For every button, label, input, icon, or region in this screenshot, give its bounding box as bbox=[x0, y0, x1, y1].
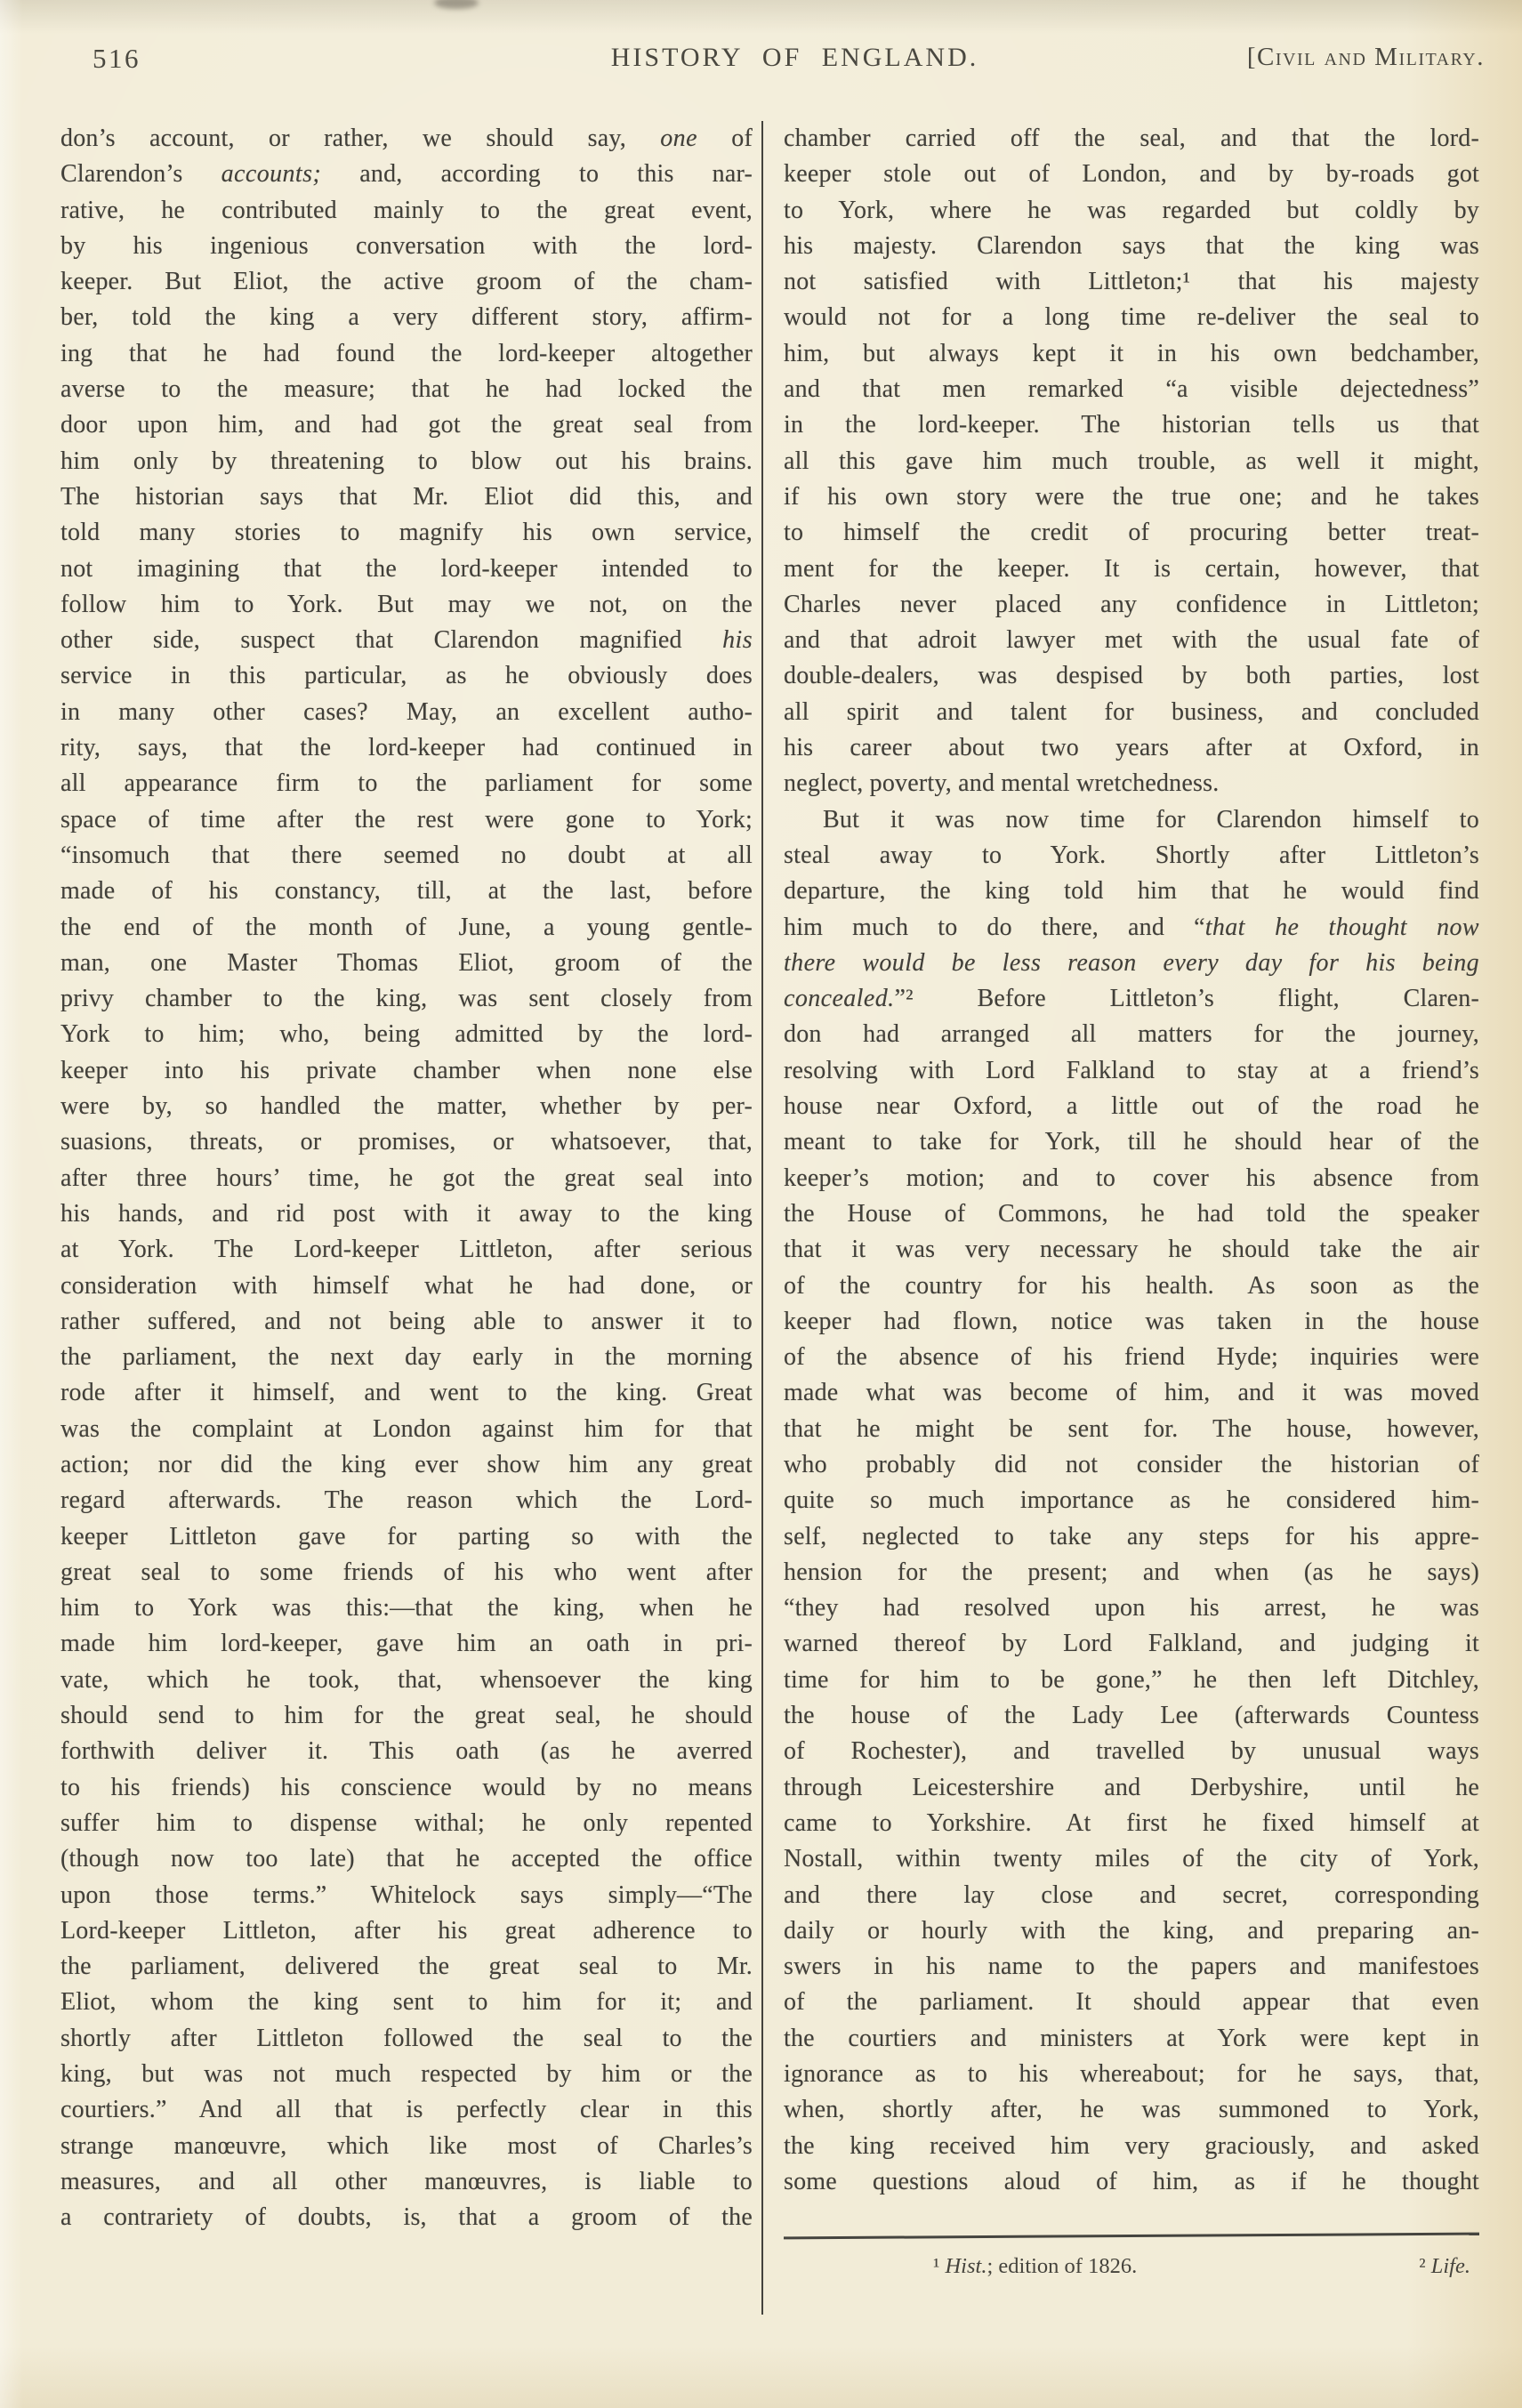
text-line: Clarendon’s accounts; and, according to … bbox=[60, 157, 753, 192]
text-line: the parliament, the next day early in th… bbox=[60, 1340, 753, 1375]
text-line: “insomuch that there seemed no doubt at … bbox=[60, 838, 753, 874]
text-line: some questions aloud of him, as if he th… bbox=[784, 2164, 1479, 2200]
text-line: regard afterwards. The reason which the … bbox=[60, 1483, 753, 1518]
text-line: other side, suspect that Clarendon magni… bbox=[60, 623, 753, 658]
text-line: him, but always kept it in his own bedch… bbox=[784, 336, 1479, 372]
text-line: departure, the king told him that he wou… bbox=[784, 874, 1479, 909]
text-line: that he might be sent for. The house, ho… bbox=[784, 1412, 1479, 1447]
text-line: “they had resolved upon his arrest, he w… bbox=[784, 1591, 1479, 1626]
text-line: the parliament, delivered the great seal… bbox=[60, 1949, 753, 1985]
text-line: to himself the credit of procuring bette… bbox=[784, 515, 1479, 551]
text-line: consideration with himself what he had d… bbox=[60, 1268, 753, 1304]
text-line: told many stories to magnify his own ser… bbox=[60, 515, 753, 551]
text-line: follow him to York. But may we not, on t… bbox=[60, 587, 753, 623]
text-line: concealed.”² Before Littleton’s flight, … bbox=[784, 981, 1479, 1017]
text-line: vate, which he took, that, whensoever th… bbox=[60, 1663, 753, 1698]
text-line: don had arranged all matters for the jou… bbox=[784, 1017, 1479, 1052]
text-line: the house of the Lady Lee (afterwards Co… bbox=[784, 1698, 1479, 1734]
text-line: Eliot, whom the king sent to him for it;… bbox=[60, 1985, 753, 2020]
text-line: measures, and all other manœuvres, is li… bbox=[60, 2164, 753, 2200]
text-line: meant to take for York, till he should h… bbox=[784, 1124, 1479, 1160]
footnote-separator-rule bbox=[784, 2233, 1479, 2239]
text-line: keeper. But Eliot, the active groom of t… bbox=[60, 264, 753, 300]
footnote-2: ² Life. bbox=[1419, 2254, 1470, 2279]
text-line: the end of the month of June, a young ge… bbox=[60, 910, 753, 946]
text-line: (though now too late) that he accepted t… bbox=[60, 1841, 753, 1877]
text-line: swers in his name to the papers and mani… bbox=[784, 1949, 1479, 1985]
text-line: not imagining that the lord-keeper inten… bbox=[60, 552, 753, 587]
text-line: don’s account, or rather, we should say,… bbox=[60, 121, 753, 157]
text-line: ment for the keeper. It is certain, howe… bbox=[784, 552, 1479, 587]
column-divider-rule bbox=[761, 121, 763, 2315]
text-line: keeper stole out of London, and by by-ro… bbox=[784, 157, 1479, 192]
text-line: if his own story were the true one; and … bbox=[784, 479, 1479, 515]
text-line: all this gave him much trouble, as well … bbox=[784, 444, 1479, 479]
text-line: shortly after Littleton followed the sea… bbox=[60, 2021, 753, 2057]
text-line: door upon him, and had got the great sea… bbox=[60, 407, 753, 443]
text-line: Nostall, within twenty miles of the city… bbox=[784, 1841, 1479, 1877]
left-text-column: don’s account, or rather, we should say,… bbox=[60, 121, 753, 2236]
text-line: would not for a long time re-deliver the… bbox=[784, 300, 1479, 335]
text-line: Lord-keeper Littleton, after his great a… bbox=[60, 1913, 753, 1949]
text-line: him much to do there, and “that he thoug… bbox=[784, 910, 1479, 946]
text-line: suasions, threats, or promises, or whats… bbox=[60, 1124, 753, 1160]
right-text-column: chamber carried off the seal, and that t… bbox=[784, 121, 1479, 2200]
text-line: king, but was not much respected by him … bbox=[60, 2057, 753, 2092]
text-line: who probably did not consider the histor… bbox=[784, 1447, 1479, 1483]
text-line: service in this particular, as he obviou… bbox=[60, 658, 753, 694]
text-line: daily or hourly with the king, and prepa… bbox=[784, 1913, 1479, 1949]
text-line: forthwith deliver it. This oath (as he a… bbox=[60, 1734, 753, 1769]
text-line: his majesty. Clarendon says that the kin… bbox=[784, 229, 1479, 264]
text-line: house near Oxford, a little out of the r… bbox=[784, 1089, 1479, 1124]
text-line: space of time after the rest were gone t… bbox=[60, 802, 753, 838]
text-line: not satisfied with Littleton;¹ that his … bbox=[784, 264, 1479, 300]
text-line: his hands, and rid post with it away to … bbox=[60, 1196, 753, 1232]
text-line: of the parliament. It should appear that… bbox=[784, 1985, 1479, 2020]
text-line: double-dealers, was despised by both par… bbox=[784, 658, 1479, 694]
text-line: to York, where he was regarded but coldl… bbox=[784, 193, 1479, 229]
text-line: a contrariety of doubts, is, that a groo… bbox=[60, 2200, 753, 2235]
section-label: [Civil and Military. bbox=[1247, 43, 1485, 72]
text-line: warned thereof by Lord Falkland, and jud… bbox=[784, 1626, 1479, 1662]
text-line: But it was now time for Clarendon himsel… bbox=[784, 802, 1479, 838]
text-line: him to York was this:—that the king, whe… bbox=[60, 1591, 753, 1626]
text-line: keeper into his private chamber when non… bbox=[60, 1053, 753, 1089]
text-line: in many other cases? May, an excellent a… bbox=[60, 695, 753, 730]
text-line: and that adroit lawyer met with the usua… bbox=[784, 623, 1479, 658]
text-line: were by, so handled the matter, whether … bbox=[60, 1089, 753, 1124]
text-line: all appearance firm to the parliament fo… bbox=[60, 766, 753, 801]
text-line: keeper had flown, notice was taken in th… bbox=[784, 1304, 1479, 1340]
text-line: upon those terms.” Whitelock says simply… bbox=[60, 1878, 753, 1913]
footnotes: ¹ Hist.; edition of 1826. ² Life. bbox=[784, 2254, 1479, 2279]
text-line: at York. The Lord-keeper Littleton, afte… bbox=[60, 1232, 753, 1268]
text-line: that it was very necessary he should tak… bbox=[784, 1232, 1479, 1268]
text-line: ing that he had found the lord-keeper al… bbox=[60, 336, 753, 372]
text-line: quite so much importance as he considere… bbox=[784, 1483, 1479, 1518]
text-line: made of his constancy, till, at the last… bbox=[60, 874, 753, 909]
text-line: ber, told the king a very different stor… bbox=[60, 300, 753, 335]
text-line: came to Yorkshire. At first he fixed him… bbox=[784, 1806, 1479, 1841]
text-line: chamber carried off the seal, and that t… bbox=[784, 121, 1479, 157]
text-line: hension for the present; and when (as he… bbox=[784, 1555, 1479, 1591]
text-line: him only by threatening to blow out his … bbox=[60, 444, 753, 479]
text-line: steal away to York. Shortly after Little… bbox=[784, 838, 1479, 874]
text-line: the courtiers and ministers at York were… bbox=[784, 2021, 1479, 2057]
text-line: rather suffered, and not being able to a… bbox=[60, 1304, 753, 1340]
footnote-1: ¹ Hist.; edition of 1826. bbox=[933, 2254, 1137, 2279]
text-line: through Leicestershire and Derbyshire, u… bbox=[784, 1770, 1479, 1806]
scan-smudge bbox=[434, 0, 479, 9]
text-line: averse to the measure; that he had locke… bbox=[60, 372, 753, 407]
text-line: after three hours’ time, he got the grea… bbox=[60, 1161, 753, 1196]
text-line: suffer him to dispense withal; he only r… bbox=[60, 1806, 753, 1841]
text-line: all spirit and talent for business, and … bbox=[784, 695, 1479, 730]
text-line: of Rochester), and travelled by unusual … bbox=[784, 1734, 1479, 1769]
book-page: 516 HISTORY OF ENGLAND. [Civil and Milit… bbox=[0, 0, 1522, 2408]
text-line: his career about two years after at Oxfo… bbox=[784, 730, 1479, 766]
text-line: strange manœuvre, which like most of Cha… bbox=[60, 2129, 753, 2164]
text-line: time for him to be gone,” he then left D… bbox=[784, 1663, 1479, 1698]
text-line: The historian says that Mr. Eliot did th… bbox=[60, 479, 753, 515]
text-line: was the complaint at London against him … bbox=[60, 1412, 753, 1447]
text-line: the king received him very graciously, a… bbox=[784, 2129, 1479, 2164]
text-line: York to him; who, being admitted by the … bbox=[60, 1017, 753, 1052]
text-line: to his friends) his conscience would by … bbox=[60, 1770, 753, 1806]
text-line: action; nor did the king ever show him a… bbox=[60, 1447, 753, 1483]
text-line: rative, he contributed mainly to the gre… bbox=[60, 193, 753, 229]
text-line: great seal to some friends of his who we… bbox=[60, 1555, 753, 1591]
text-line: the House of Commons, he had told the sp… bbox=[784, 1196, 1479, 1232]
text-line: man, one Master Thomas Eliot, groom of t… bbox=[60, 946, 753, 981]
text-line: and there lay close and secret, correspo… bbox=[784, 1878, 1479, 1913]
text-line: Charles never placed any confidence in L… bbox=[784, 587, 1479, 623]
text-line: and that men remarked “a visible dejecte… bbox=[784, 372, 1479, 407]
text-line: neglect, poverty, and mental wretchednes… bbox=[784, 766, 1479, 801]
text-line: keeper Littleton gave for parting so wit… bbox=[60, 1519, 753, 1555]
text-line: keeper’s motion; and to cover his absenc… bbox=[784, 1161, 1479, 1196]
text-line: rity, says, that the lord-keeper had con… bbox=[60, 730, 753, 766]
text-line: of the absence of his friend Hyde; inqui… bbox=[784, 1340, 1479, 1375]
text-line: privy chamber to the king, was sent clos… bbox=[60, 981, 753, 1017]
text-line: made him lord-keeper, gave him an oath i… bbox=[60, 1626, 753, 1662]
text-line: ignorance as to his whereabout; for he s… bbox=[784, 2057, 1479, 2092]
text-line: resolving with Lord Falkland to stay at … bbox=[784, 1053, 1479, 1089]
text-line: should send to him for the great seal, h… bbox=[60, 1698, 753, 1734]
text-line: self, neglected to take any steps for hi… bbox=[784, 1519, 1479, 1555]
text-line: by his ingenious conversation with the l… bbox=[60, 229, 753, 264]
text-line: rode after it himself, and went to the k… bbox=[60, 1375, 753, 1411]
text-line: of the country for his health. As soon a… bbox=[784, 1268, 1479, 1304]
text-line: made what was become of him, and it was … bbox=[784, 1375, 1479, 1411]
text-line: when, shortly after, he was summoned to … bbox=[784, 2092, 1479, 2128]
text-line: there would be less reason every day for… bbox=[784, 946, 1479, 981]
text-line: courtiers.” And all that is perfectly cl… bbox=[60, 2092, 753, 2128]
text-line: in the lord-keeper. The historian tells … bbox=[784, 407, 1479, 443]
